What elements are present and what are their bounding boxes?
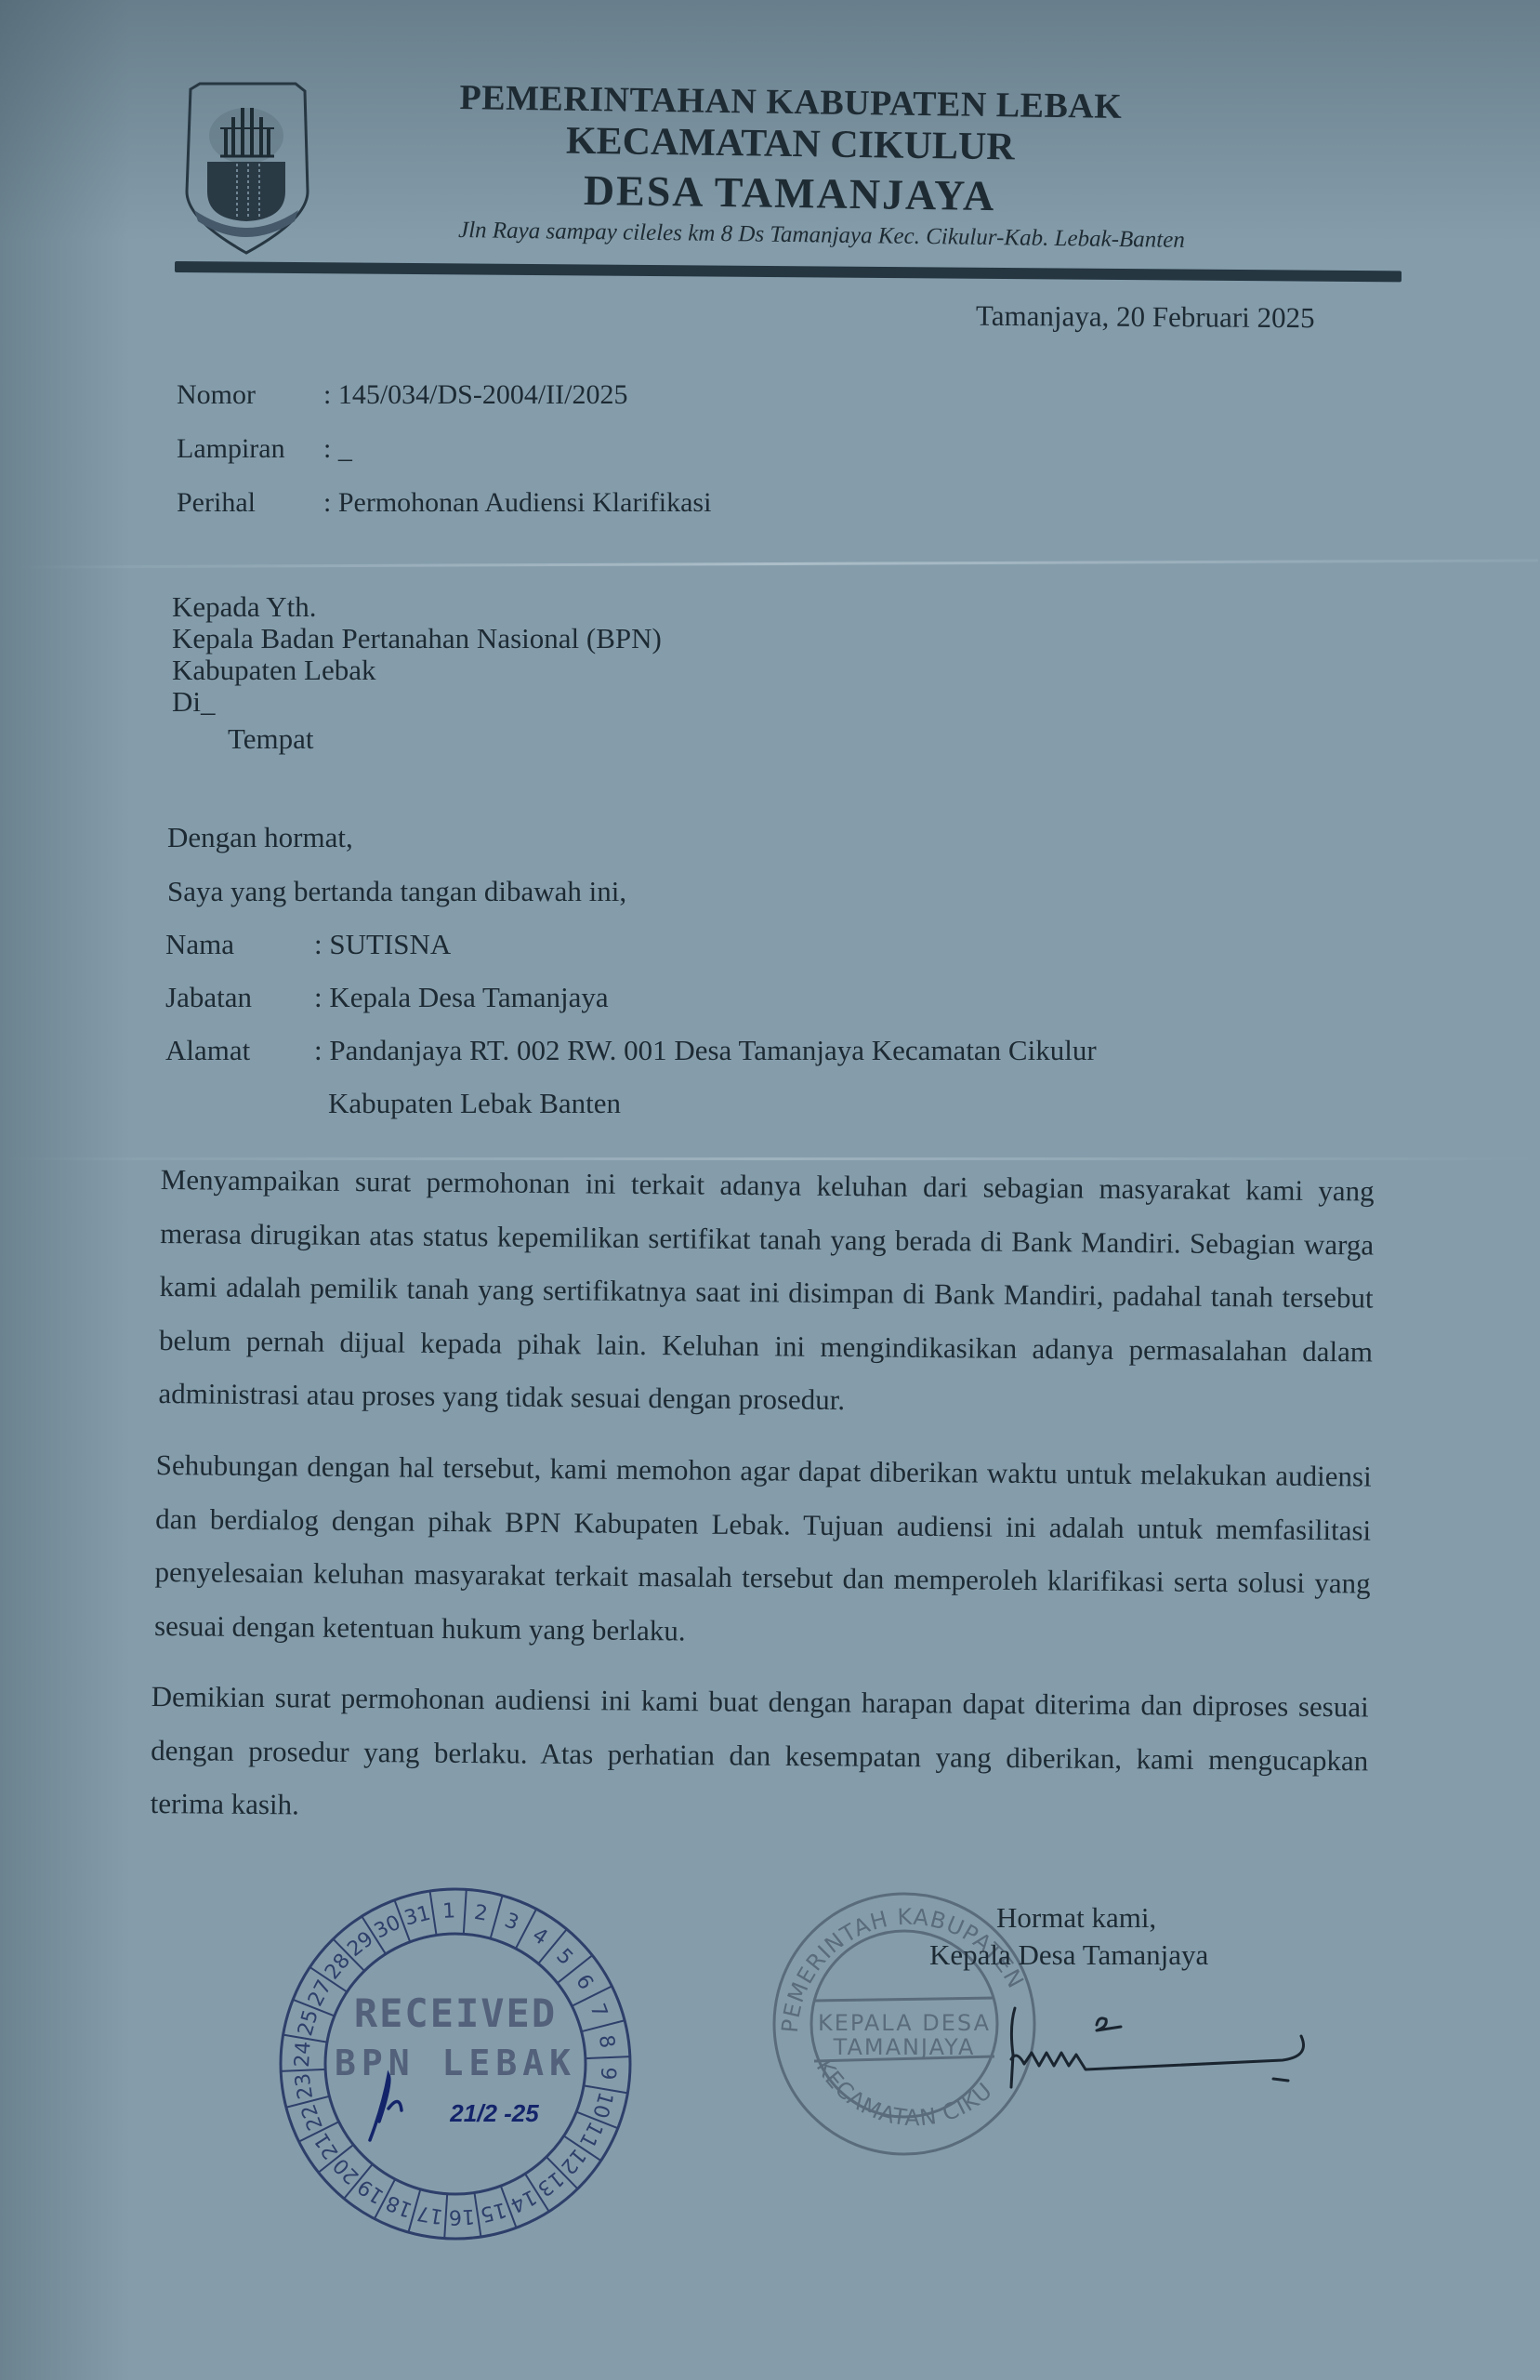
received-stamp-day: 8 [594,2033,619,2050]
received-stamp-title: RECEIVED [354,1990,557,2036]
body-paragraph-1: Menyampaikan surat permohonan ini terkai… [158,1153,1375,1432]
recipient-place: Tempat [172,718,662,755]
village-stamp-center-2: TAMANJAYA [833,2034,976,2060]
body-paragraph-3: Demikian surat permohonan audiensi ini k… [150,1670,1368,1841]
sender-identity: Nama : SUTISNA Jabatan : Kepala Desa Tam… [165,928,1097,1140]
closing-regards: Hormat kami, [929,1899,1208,1937]
received-stamp-day: 7 [586,2001,612,2021]
received-stamp-day: 22 [297,2101,328,2134]
recipient-block: Kepada Yth. Kepala Badan Pertanahan Nasi… [172,591,662,755]
recipient-region: Kabupaten Lebak [172,654,662,686]
identity-row-alamat: Alamat : Pandanjaya RT. 002 RW. 001 Desa… [165,1034,1097,1087]
received-stamp-day: 1 [442,1899,456,1924]
meta-value: : _ [323,433,352,465]
paper-fold-crease [14,559,1538,568]
meta-label: Lampiran [177,433,323,465]
received-stamp-office: BPN LEBAK [335,2043,576,2083]
meta-label: Perihal [177,487,323,519]
body-paragraph-2: Sehubungan dengan hal tersebut, kami mem… [154,1438,1372,1664]
recipient-salutation: Kepada Yth. [172,591,662,623]
identity-address-continued: Kabupaten Lebak Banten [165,1087,1097,1140]
received-stamp-day: 17 [415,2201,445,2228]
meta-row-perihal: Perihal : Permohonan Audiensi Klarifikas… [177,487,711,541]
village-stamp-center-1: KEPALA DESA [818,2010,991,2036]
received-stamp-day: 2 [472,1901,489,1926]
received-stamp-day: 3 [501,1909,521,1935]
meta-label: Nomor [177,379,323,411]
recipient-di: Di_ [172,686,662,718]
identity-row-jabatan: Jabatan : Kepala Desa Tamanjaya [165,981,1097,1034]
meta-value: : 145/034/DS-2004/II/2025 [323,379,628,411]
received-stamp-day: 20 [329,2153,363,2188]
identity-row-nama: Nama : SUTISNA [165,928,1097,981]
received-stamp-day: 4 [528,1924,551,1950]
received-stamp-day: 25 [294,2007,323,2039]
received-initials [370,2075,401,2140]
received-stamp-day: 5 [551,1945,577,1970]
received-stamp-day: 24 [291,2041,316,2069]
photo-shadow-left [0,0,130,2380]
received-stamp-day: 10 [587,2089,617,2121]
received-stamp-day: 16 [448,2204,475,2228]
identity-label: Jabatan [165,981,314,1014]
received-handwritten-date: 21/2 -25 [449,2099,539,2127]
received-stamp-day: 9 [596,2067,620,2082]
closing-block: Hormat kami, Kepala Desa Tamanjaya [929,1899,1208,1974]
letterhead: PEMERINTAHAN KABUPATEN LEBAK KECAMATAN C… [315,75,1265,256]
letterhead-divider [175,261,1402,282]
received-stamp: 1234567891011121314151617181920212223242… [270,1878,641,2250]
letter-date: Tamanjaya, 20 Februari 2025 [976,299,1315,336]
identity-value: : SUTISNA [314,928,451,961]
meta-value: : Permohonan Audiensi Klarifikasi [323,487,711,519]
received-stamp-day: 15 [478,2197,508,2226]
meta-row-nomor: Nomor : 145/034/DS-2004/II/2025 [177,379,711,433]
closing-position: Kepala Desa Tamanjaya [929,1937,1208,1974]
identity-value: : Pandanjaya RT. 002 RW. 001 Desa Tamanj… [314,1034,1097,1067]
greeting: Dengan hormat, [167,821,353,854]
letter-meta: Nomor : 145/034/DS-2004/II/2025 Lampiran… [177,379,711,541]
meta-row-lampiran: Lampiran : _ [177,433,711,487]
identity-label: Alamat [165,1034,314,1067]
received-stamp-day: 6 [571,1971,598,1994]
identity-label: Nama [165,928,314,961]
received-stamp-day: 23 [291,2071,318,2100]
regency-coat-of-arms-icon [179,80,314,257]
received-stamp-day: 31 [402,1902,433,1931]
recipient-title: Kepala Badan Pertanahan Nasional (BPN) [172,623,662,654]
identity-value: : Kepala Desa Tamanjaya [314,981,609,1014]
signature [1004,1999,1338,2138]
intro-line: Saya yang bertanda tangan dibawah ini, [167,875,626,908]
